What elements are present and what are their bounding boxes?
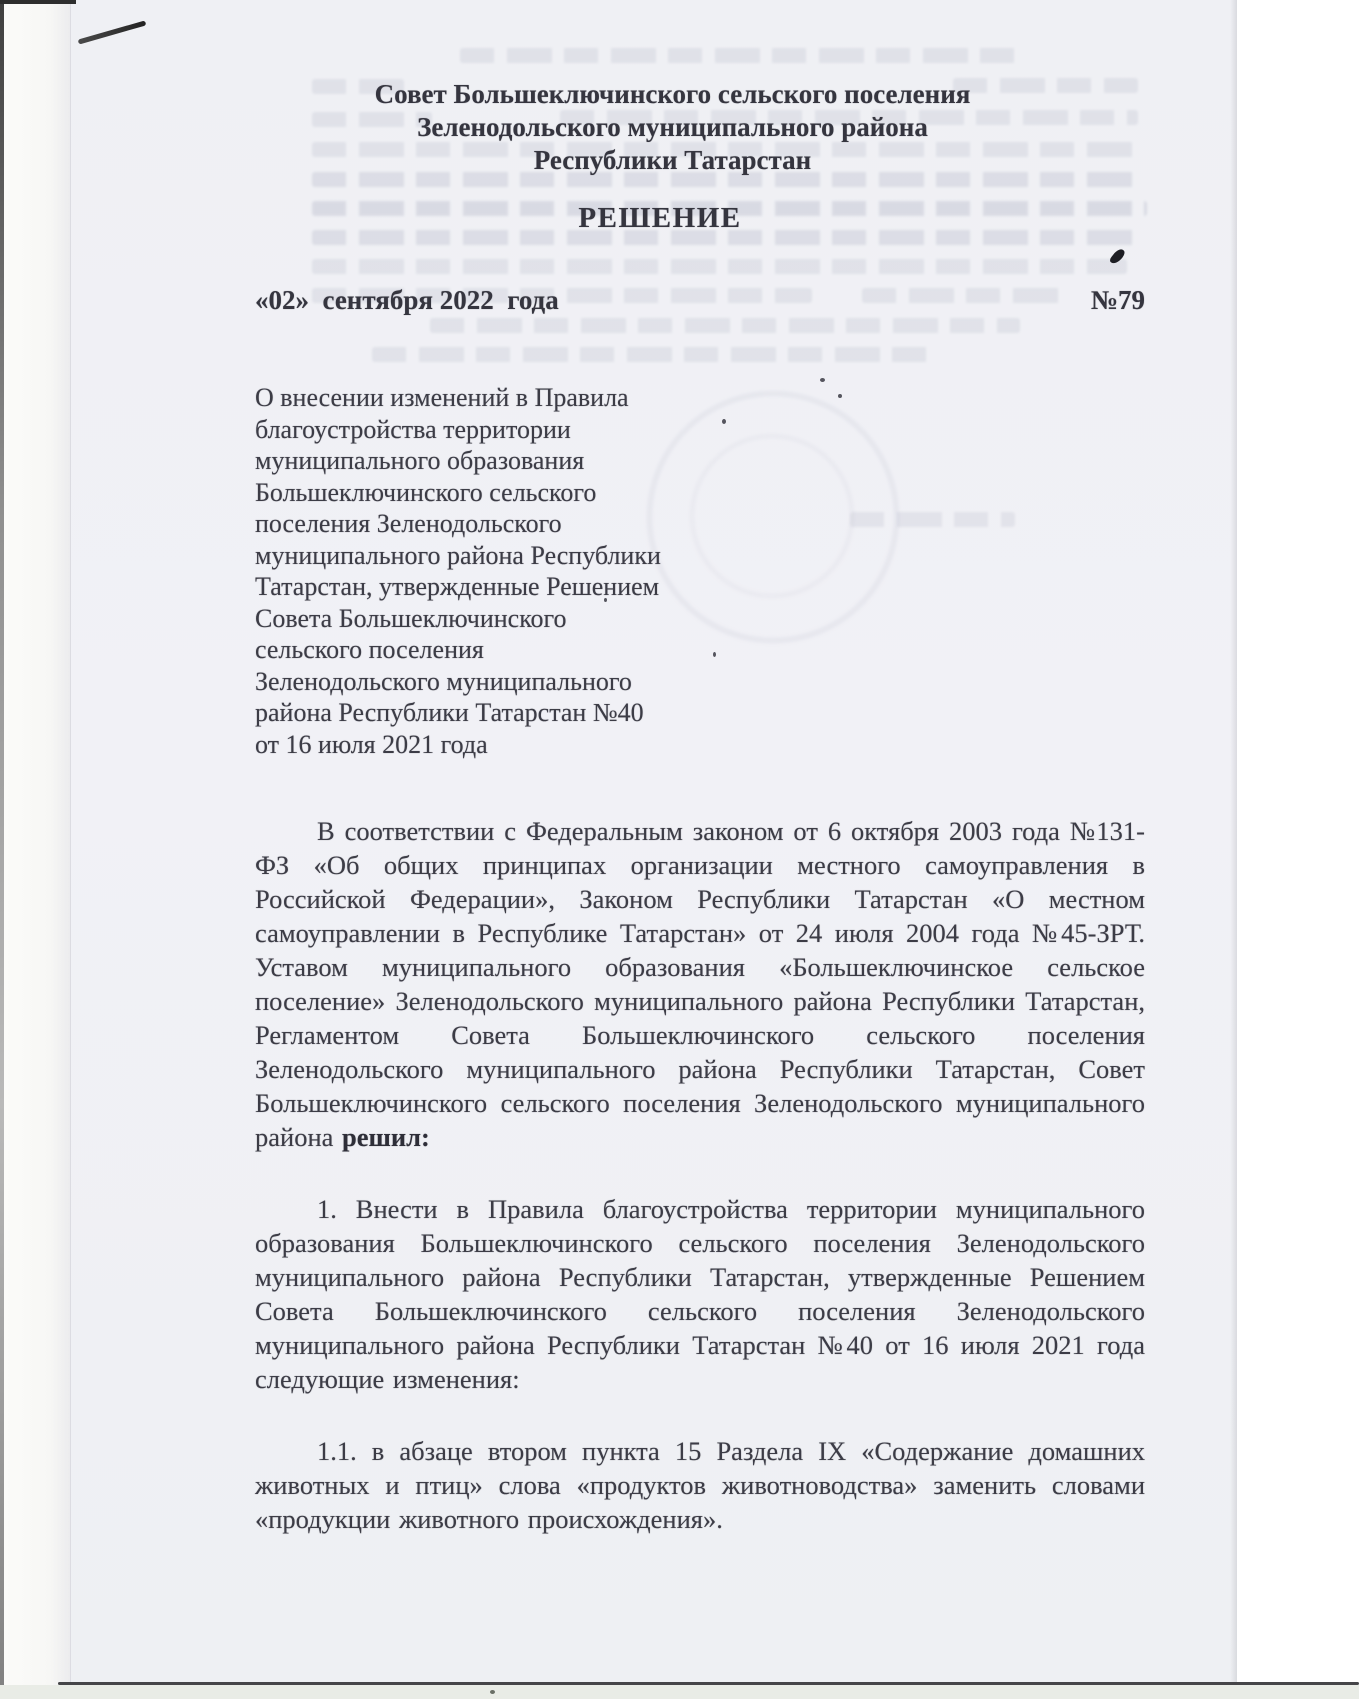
document-date: «02» сентября 2022 года xyxy=(255,285,559,316)
document-number: №79 xyxy=(1091,285,1145,316)
organization-header: Совет Большеключинского сельского поселе… xyxy=(255,78,1145,177)
resolved-word: решил: xyxy=(342,1122,430,1152)
paper-right-edge-shadow xyxy=(1230,0,1237,1686)
paragraph-item-1-1: 1.1. в абзаце втором пункта 15 Раздела I… xyxy=(255,1434,1145,1536)
scanned-document-page: Совет Большеключинского сельского поселе… xyxy=(0,0,1359,1699)
preamble-text: В соответствии с Федеральным законом от … xyxy=(255,816,1145,1152)
paragraph-preamble: В соответствии с Федеральным законом от … xyxy=(255,814,1145,1154)
ink-speck xyxy=(490,1690,495,1694)
scan-top-edge-bar xyxy=(0,0,76,4)
scan-left-edge-line xyxy=(0,0,4,1699)
document-content: Совет Большеключинского сельского поселе… xyxy=(255,0,1145,1556)
scanner-bottom-strip xyxy=(0,1685,1359,1699)
document-type-heading: РЕШЕНИЕ xyxy=(255,202,1145,235)
paragraph-item-1: 1. Внести в Правила благоустройства терр… xyxy=(255,1192,1145,1396)
document-subject-block: О внесении изменений в Правила благоустр… xyxy=(255,382,743,760)
date-number-row: «02» сентября 2022 года №79 xyxy=(255,285,1145,316)
document-body: В соответствии с Федеральным законом от … xyxy=(255,814,1145,1536)
scanner-left-margin-strip xyxy=(4,0,71,1699)
